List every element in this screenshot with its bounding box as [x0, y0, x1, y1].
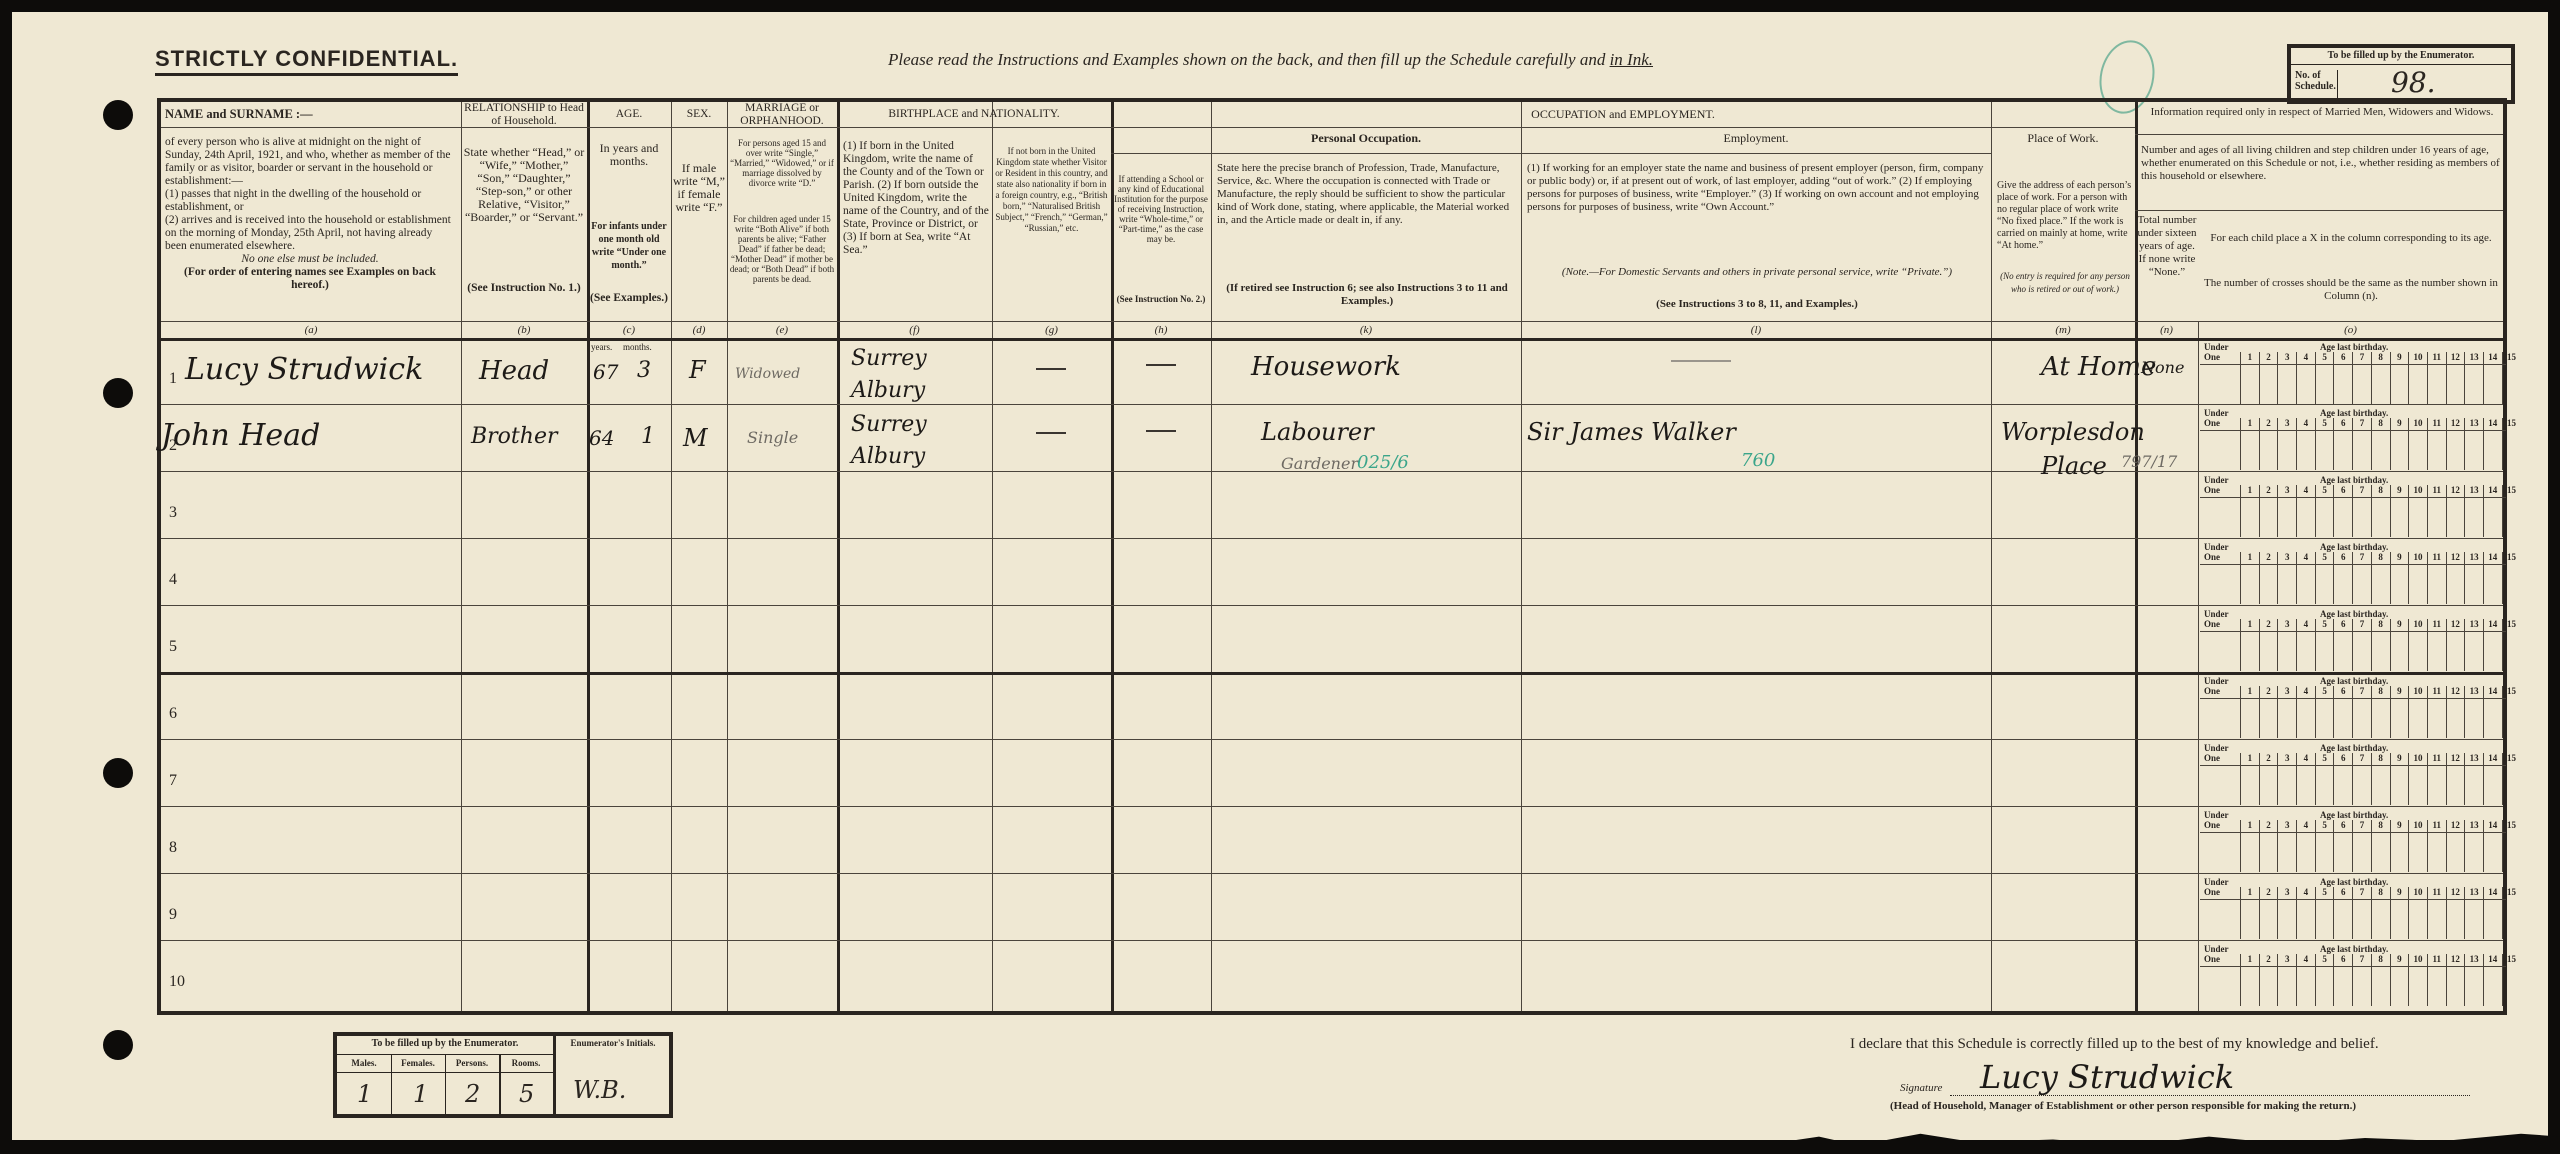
enumerator-initials-label: Enumerator's Initials. [557, 1038, 669, 1048]
col-letter-n: (n) [2135, 324, 2198, 338]
child-age-grid-row-7[interactable]: UnderOneAge last birthday.12345678910111… [2200, 743, 2506, 805]
col-divider [1991, 102, 1992, 1011]
age-column-6[interactable]: 6 [2333, 485, 2352, 537]
row-rule [161, 672, 2503, 675]
row-number: 5 [169, 638, 177, 656]
person-2-place-line2[interactable]: Place [2041, 452, 2107, 480]
age-column-3[interactable]: 3 [2277, 954, 2296, 1006]
age-column-3[interactable]: 3 [2277, 485, 2296, 537]
age-column-1[interactable]: 1 [2240, 954, 2259, 1006]
age-column-10[interactable]: 10 [2408, 820, 2427, 872]
age-column-2[interactable]: 2 [2259, 352, 2278, 404]
age-column-15[interactable]: 15 [2502, 820, 2521, 872]
header-rule [1111, 153, 1991, 154]
age-column-13[interactable]: 13 [2464, 753, 2483, 805]
age-column-7[interactable]: 7 [2352, 820, 2371, 872]
age-column-10[interactable]: 10 [2408, 686, 2427, 738]
census-form-table: NAME and SURNAME :— of every person who … [157, 98, 2507, 1015]
age-column-13[interactable]: 13 [2464, 954, 2483, 1006]
person-1-occupation[interactable]: Housework [1251, 352, 1401, 382]
row-number: 4 [169, 571, 177, 589]
age-column-12[interactable]: 12 [2446, 418, 2465, 470]
age-column-12[interactable]: 12 [2446, 552, 2465, 604]
age-column-3[interactable]: 3 [2277, 887, 2296, 939]
col-letter-d: (d) [671, 324, 727, 338]
age-column-11[interactable]: 11 [2427, 753, 2446, 805]
age-column-6[interactable]: 6 [2333, 686, 2352, 738]
col-o-body2: The number of crosses should be the same… [2201, 277, 2501, 303]
person-1-birth-county[interactable]: Surrey [851, 346, 927, 371]
instructions-ink: in Ink. [1610, 50, 1653, 69]
age-columns: 123456789101112131415 [2240, 954, 2520, 1006]
col-e-body: For persons aged 15 and over write “Sing… [729, 138, 835, 188]
child-age-grid-row-6[interactable]: UnderOneAge last birthday.12345678910111… [2200, 676, 2506, 738]
col-h-body: If attending a School or any kind of Edu… [1113, 174, 1209, 244]
persons-label: Persons. [445, 1058, 499, 1068]
child-age-grid-row-4[interactable]: UnderOneAge last birthday.12345678910111… [2200, 542, 2506, 604]
rooms-label: Rooms. [499, 1058, 553, 1068]
age-column-15[interactable]: 15 [2502, 485, 2521, 537]
col-letter-k: (k) [1211, 324, 1521, 338]
children-info-title: Information required only in respect of … [2137, 106, 2507, 119]
schedule-number-value[interactable]: 98. [2391, 66, 2436, 99]
row-number: 8 [169, 839, 177, 857]
person-2-employer[interactable]: Sir James Walker [1527, 418, 1736, 446]
age-column-8[interactable]: 8 [2371, 820, 2390, 872]
age-column-12[interactable]: 12 [2446, 887, 2465, 939]
binder-hole [103, 1030, 133, 1060]
person-2-age-months[interactable]: 1 [641, 424, 655, 449]
col-m-note: (No entry is required for any person who… [1997, 270, 2133, 296]
age-column-11[interactable]: 11 [2427, 686, 2446, 738]
age-column-15[interactable]: 15 [2502, 686, 2521, 738]
col-l-title: Employment. [1523, 132, 1989, 145]
age-column-8[interactable]: 8 [2371, 552, 2390, 604]
under-one-label: UnderOne [2204, 609, 2229, 629]
age-column-6[interactable]: 6 [2333, 820, 2352, 872]
age-column-8[interactable]: 8 [2371, 619, 2390, 671]
col-letter-g: (g) [992, 324, 1111, 338]
rooms-value[interactable]: 5 [519, 1080, 534, 1108]
col-k-see: (If retired see Instruction 6; see also … [1217, 282, 1517, 308]
schedule-number-box: To be filled up by the Enumerator. No. o… [2287, 44, 2515, 104]
age-column-1[interactable]: 1 [2240, 418, 2259, 470]
col-a-body: of every person who is alive at midnight… [165, 136, 455, 188]
enumerator-summary-box: To be filled up by the Enumerator. Enume… [333, 1032, 673, 1118]
col-o-body: For each child place a X in the column c… [2201, 232, 2501, 245]
age-column-5[interactable]: 5 [2315, 686, 2334, 738]
age-column-12[interactable]: 12 [2446, 485, 2465, 537]
col-divider [837, 102, 840, 1011]
age-column-14[interactable]: 14 [2483, 887, 2502, 939]
col-b-title: RELATIONSHIP to Head of Household. [463, 102, 585, 128]
age-column-8[interactable]: 8 [2371, 954, 2390, 1006]
age-column-14[interactable]: 14 [2483, 485, 2502, 537]
row-number: 9 [169, 906, 177, 924]
age-column-5[interactable]: 5 [2315, 352, 2334, 404]
age-column-12[interactable]: 12 [2446, 753, 2465, 805]
age-columns: 123456789101112131415 [2240, 753, 2520, 805]
age-column-2[interactable]: 2 [2259, 753, 2278, 805]
person-2-marriage[interactable]: Single [747, 428, 798, 447]
age-column-15[interactable]: 15 [2502, 753, 2521, 805]
enumerator-heading: To be filled up by the Enumerator. [337, 1038, 553, 1049]
age-column-2[interactable]: 2 [2259, 619, 2278, 671]
age-column-11[interactable]: 11 [2427, 887, 2446, 939]
person-2-occupation-code: 025/6 [1357, 452, 1409, 473]
child-age-grid-row-3[interactable]: UnderOneAge last birthday.12345678910111… [2200, 475, 2506, 537]
age-column-5[interactable]: 5 [2315, 485, 2334, 537]
age-column-1[interactable]: 1 [2240, 820, 2259, 872]
age-column-9[interactable]: 9 [2390, 753, 2409, 805]
under-one-label: UnderOne [2204, 743, 2229, 763]
age-column-11[interactable]: 11 [2427, 485, 2446, 537]
person-2-place-of-work[interactable]: Worplesdon [2001, 418, 2145, 446]
row-rule [161, 739, 2503, 740]
col-c-see: (See Examples.) [589, 292, 669, 305]
person-1-birth-parish[interactable]: Albury [851, 378, 925, 403]
age-column-12[interactable]: 12 [2446, 352, 2465, 404]
age-column-14[interactable]: 14 [2483, 552, 2502, 604]
age-column-7[interactable]: 7 [2352, 686, 2371, 738]
age-column-10[interactable]: 10 [2408, 418, 2427, 470]
age-column-13[interactable]: 13 [2464, 686, 2483, 738]
birthplace-title: BIRTHPLACE and NATIONALITY. [839, 108, 1109, 121]
age-last-birthday-label: Age last birthday. [2320, 609, 2388, 619]
col-a-item1: (1) passes that night in the dwelling of… [165, 188, 455, 214]
age-column-1[interactable]: 1 [2240, 352, 2259, 404]
age-last-birthday-label: Age last birthday. [2320, 408, 2388, 418]
males-value[interactable]: 1 [357, 1080, 372, 1108]
signature-value[interactable]: Lucy Strudwick [1980, 1058, 2234, 1096]
col-h-see: (See Instruction No. 2.) [1113, 294, 1209, 304]
col-l-body: (1) If working for an employer state the… [1527, 162, 1987, 214]
age-column-15[interactable]: 15 [2502, 619, 2521, 671]
child-age-grid-row-9[interactable]: UnderOneAge last birthday.12345678910111… [2200, 877, 2506, 939]
col-m-title: Place of Work. [1993, 132, 2133, 145]
age-column-6[interactable]: 6 [2333, 418, 2352, 470]
age-column-8[interactable]: 8 [2371, 887, 2390, 939]
person-2-place-note: 797/17 [2121, 452, 2177, 471]
age-column-9[interactable]: 9 [2390, 686, 2409, 738]
person-2-name[interactable]: John Head [161, 418, 320, 453]
row-number: 3 [169, 504, 177, 522]
age-column-12[interactable]: 12 [2446, 686, 2465, 738]
instructions-text: Please read the Instructions and Example… [888, 50, 1610, 69]
age-column-10[interactable]: 10 [2408, 552, 2427, 604]
age-column-5[interactable]: 5 [2315, 954, 2334, 1006]
col-c-infants: For infants under one month old write “U… [589, 220, 669, 272]
person-1-name[interactable]: Lucy Strudwick [185, 352, 423, 387]
age-column-2[interactable]: 2 [2259, 887, 2278, 939]
under-one-label: UnderOne [2204, 542, 2229, 562]
age-column-13[interactable]: 13 [2464, 352, 2483, 404]
col-divider [2198, 322, 2199, 1011]
age-column-14[interactable]: 14 [2483, 686, 2502, 738]
age-column-5[interactable]: 5 [2315, 887, 2334, 939]
age-column-9[interactable]: 9 [2390, 352, 2409, 404]
age-column-7[interactable]: 7 [2352, 552, 2371, 604]
col-letter-b: (b) [461, 324, 587, 338]
age-column-11[interactable]: 11 [2427, 552, 2446, 604]
person-2-age-years[interactable]: 64 [589, 426, 614, 450]
col-b-see: (See Instruction No. 1.) [463, 282, 585, 295]
col-l-note: (Note.—For Domestic Servants and others … [1527, 266, 1987, 279]
age-column-10[interactable]: 10 [2408, 352, 2427, 404]
signature-role: (Head of Household, Manager of Establish… [1890, 1100, 2356, 1112]
col-divider [671, 102, 672, 1011]
age-column-11[interactable]: 11 [2427, 418, 2446, 470]
row-rule [161, 605, 2503, 606]
age-column-14[interactable]: 14 [2483, 753, 2502, 805]
age-column-1[interactable]: 1 [2240, 887, 2259, 939]
age-column-8[interactable]: 8 [2371, 418, 2390, 470]
child-age-grid-row-2[interactable]: UnderOneAge last birthday.12345678910111… [2200, 408, 2506, 470]
age-column-5[interactable]: 5 [2315, 820, 2334, 872]
row-rule [161, 538, 2503, 539]
age-column-10[interactable]: 10 [2408, 619, 2427, 671]
age-column-15[interactable]: 15 [2502, 954, 2521, 1006]
col-c-body: In years and months. [589, 142, 669, 168]
col-divider [461, 102, 462, 1011]
person-1-age-years[interactable]: 67 [593, 360, 618, 384]
person-1-children-total[interactable]: None [2141, 358, 2184, 377]
age-column-14[interactable]: 14 [2483, 352, 2502, 404]
age-column-3[interactable]: 3 [2277, 820, 2296, 872]
age-column-9[interactable]: 9 [2390, 619, 2409, 671]
age-column-6[interactable]: 6 [2333, 552, 2352, 604]
binder-hole [103, 100, 133, 130]
age-column-14[interactable]: 14 [2483, 820, 2502, 872]
age-column-3[interactable]: 3 [2277, 352, 2296, 404]
child-age-grid-row-1[interactable]: UnderOneAge last birthday.12345678910111… [2200, 342, 2506, 404]
age-column-5[interactable]: 5 [2315, 552, 2334, 604]
person-2-occupation[interactable]: Labourer [1261, 418, 1374, 446]
col-letter-h: (h) [1111, 324, 1211, 338]
age-column-15[interactable]: 15 [2502, 352, 2521, 404]
col-letter-a: (a) [161, 324, 461, 338]
col-letter-c: (c) [587, 324, 671, 338]
header-rule [161, 338, 2503, 341]
child-age-grid-row-5[interactable]: UnderOneAge last birthday.12345678910111… [2200, 609, 2506, 671]
age-column-4[interactable]: 4 [2296, 485, 2315, 537]
declaration-text: I declare that this Schedule is correctl… [1850, 1036, 2379, 1053]
age-column-9[interactable]: 9 [2390, 820, 2409, 872]
age-last-birthday-label: Age last birthday. [2320, 542, 2388, 552]
age-column-14[interactable]: 14 [2483, 619, 2502, 671]
person-2-birth-county[interactable]: Surrey [851, 412, 927, 437]
age-column-4[interactable]: 4 [2296, 887, 2315, 939]
age-column-12[interactable]: 12 [2446, 820, 2465, 872]
age-column-7[interactable]: 7 [2352, 753, 2371, 805]
age-column-1[interactable]: 1 [2240, 753, 2259, 805]
row-number: 6 [169, 705, 177, 723]
person-1-marriage[interactable]: Widowed [735, 366, 800, 382]
col-n-body: Total number under sixteen years of age.… [2137, 214, 2197, 279]
person-1-relationship[interactable]: Head [479, 356, 549, 386]
age-column-13[interactable]: 13 [2464, 485, 2483, 537]
age-column-9[interactable]: 9 [2390, 485, 2409, 537]
age-column-4[interactable]: 4 [2296, 686, 2315, 738]
col-g-body: If not born in the United Kingdom state … [994, 146, 1109, 234]
fill-instructions: Please read the Instructions and Example… [888, 50, 1653, 70]
row-number: 1 [169, 370, 177, 388]
age-last-birthday-label: Age last birthday. [2320, 475, 2388, 485]
header-rule [161, 127, 2135, 128]
under-one-label: UnderOne [2204, 877, 2229, 897]
age-column-3[interactable]: 3 [2277, 686, 2296, 738]
age-column-8[interactable]: 8 [2371, 753, 2390, 805]
age-column-7[interactable]: 7 [2352, 619, 2371, 671]
col-a-item2: (2) arrives and is received into the hou… [165, 214, 455, 253]
children-info-subtitle: Number and ages of all living children a… [2141, 144, 2503, 183]
age-column-13[interactable]: 13 [2464, 820, 2483, 872]
col-letter-f: (f) [837, 324, 992, 338]
person-1-sex[interactable]: F [689, 356, 706, 384]
age-columns: 123456789101112131415 [2240, 552, 2520, 604]
col-c-title: AGE. [589, 108, 669, 121]
person-1-nationality-dash [1036, 368, 1066, 370]
age-column-13[interactable]: 13 [2464, 552, 2483, 604]
age-column-5[interactable]: 5 [2315, 619, 2334, 671]
person-2-birth-parish[interactable]: Albury [851, 444, 925, 469]
schedule-box-heading: To be filled up by the Enumerator. [2291, 48, 2511, 65]
persons-value[interactable]: 2 [465, 1080, 480, 1108]
age-column-7[interactable]: 7 [2352, 418, 2371, 470]
age-column-4[interactable]: 4 [2296, 820, 2315, 872]
under-one-label: UnderOne [2204, 342, 2229, 362]
age-column-5[interactable]: 5 [2315, 753, 2334, 805]
age-column-1[interactable]: 1 [2240, 552, 2259, 604]
age-column-7[interactable]: 7 [2352, 887, 2371, 939]
age-column-13[interactable]: 13 [2464, 887, 2483, 939]
age-column-12[interactable]: 12 [2446, 954, 2465, 1006]
age-column-1[interactable]: 1 [2240, 619, 2259, 671]
age-months-subheader: months. [623, 342, 652, 352]
scan-border-bottom [0, 1140, 2560, 1154]
age-column-3[interactable]: 3 [2277, 753, 2296, 805]
age-column-4[interactable]: 4 [2296, 552, 2315, 604]
age-column-10[interactable]: 10 [2408, 485, 2427, 537]
person-1-school-dash [1146, 364, 1176, 366]
col-d-title: SEX. [673, 108, 725, 121]
person-2-sex[interactable]: M [683, 424, 708, 452]
age-column-6[interactable]: 6 [2333, 352, 2352, 404]
age-column-11[interactable]: 11 [2427, 954, 2446, 1006]
age-column-6[interactable]: 6 [2333, 887, 2352, 939]
col-a-note: No one else must be included. [165, 253, 455, 266]
age-column-4[interactable]: 4 [2296, 418, 2315, 470]
age-column-2[interactable]: 2 [2259, 954, 2278, 1006]
age-last-birthday-label: Age last birthday. [2320, 676, 2388, 686]
col-k-body: State here the precise branch of Profess… [1217, 162, 1517, 227]
age-column-3[interactable]: 3 [2277, 619, 2296, 671]
age-columns: 123456789101112131415 [2240, 887, 2520, 939]
age-column-2[interactable]: 2 [2259, 485, 2278, 537]
col-divider [1211, 102, 1212, 1011]
age-column-14[interactable]: 14 [2483, 418, 2502, 470]
age-column-11[interactable]: 11 [2427, 820, 2446, 872]
age-column-8[interactable]: 8 [2371, 485, 2390, 537]
age-column-4[interactable]: 4 [2296, 753, 2315, 805]
age-column-2[interactable]: 2 [2259, 552, 2278, 604]
person-1-age-months[interactable]: 3 [637, 358, 651, 383]
age-column-6[interactable]: 6 [2333, 954, 2352, 1006]
row-rule [161, 940, 2503, 941]
age-column-15[interactable]: 15 [2502, 552, 2521, 604]
col-d-body: If male write “M,” if female write “F.” [673, 162, 725, 214]
age-column-10[interactable]: 10 [2408, 753, 2427, 805]
col-letter-o: (o) [2198, 324, 2503, 338]
person-2-relationship[interactable]: Brother [471, 424, 557, 449]
males-label: Males. [337, 1058, 391, 1068]
age-column-13[interactable]: 13 [2464, 619, 2483, 671]
age-column-2[interactable]: 2 [2259, 820, 2278, 872]
age-column-8[interactable]: 8 [2371, 686, 2390, 738]
age-column-6[interactable]: 6 [2333, 753, 2352, 805]
col-f-body: (1) If born in the United Kingdom, write… [843, 140, 989, 257]
schedule-box-label: No. of Schedule. [2295, 70, 2338, 100]
age-column-4[interactable]: 4 [2296, 954, 2315, 1006]
age-column-1[interactable]: 1 [2240, 485, 2259, 537]
age-column-7[interactable]: 7 [2352, 485, 2371, 537]
age-column-3[interactable]: 3 [2277, 552, 2296, 604]
age-column-11[interactable]: 11 [2427, 619, 2446, 671]
age-column-10[interactable]: 10 [2408, 887, 2427, 939]
header-rule [2135, 210, 2503, 211]
person-1-place-of-work[interactable]: At Home [2041, 352, 2156, 382]
age-columns: 123456789101112131415 [2240, 485, 2520, 537]
age-last-birthday-label: Age last birthday. [2320, 743, 2388, 753]
age-column-9[interactable]: 9 [2390, 552, 2409, 604]
age-column-3[interactable]: 3 [2277, 418, 2296, 470]
age-column-11[interactable]: 11 [2427, 352, 2446, 404]
col-e-title: MARRIAGE or ORPHANHOOD. [729, 102, 835, 128]
age-column-8[interactable]: 8 [2371, 352, 2390, 404]
col-m-body: Give the address of each person’s place … [1997, 180, 2133, 252]
age-column-4[interactable]: 4 [2296, 619, 2315, 671]
age-column-12[interactable]: 12 [2446, 619, 2465, 671]
age-column-10[interactable]: 10 [2408, 954, 2427, 1006]
age-column-9[interactable]: 9 [2390, 954, 2409, 1006]
person-2-nationality-dash [1036, 432, 1066, 434]
age-column-5[interactable]: 5 [2315, 418, 2334, 470]
col-a-order: (For order of entering names see Example… [165, 266, 455, 292]
col-l-see: (See Instructions 3 to 8, 11, and Exampl… [1527, 298, 1987, 311]
age-column-13[interactable]: 13 [2464, 418, 2483, 470]
enumerator-initials-value[interactable]: W.B. [573, 1076, 626, 1104]
under-one-label: UnderOne [2204, 408, 2229, 428]
age-column-1[interactable]: 1 [2240, 686, 2259, 738]
under-one-label: UnderOne [2204, 676, 2229, 696]
age-column-4[interactable]: 4 [2296, 352, 2315, 404]
age-column-2[interactable]: 2 [2259, 418, 2278, 470]
age-column-7[interactable]: 7 [2352, 954, 2371, 1006]
females-value[interactable]: 1 [413, 1080, 428, 1108]
age-column-2[interactable]: 2 [2259, 686, 2278, 738]
child-age-grid-row-8[interactable]: UnderOneAge last birthday.12345678910111… [2200, 810, 2506, 872]
child-age-grid-row-10[interactable]: UnderOneAge last birthday.12345678910111… [2200, 944, 2506, 1006]
age-column-6[interactable]: 6 [2333, 619, 2352, 671]
age-columns: 123456789101112131415 [2240, 352, 2520, 404]
age-column-15[interactable]: 15 [2502, 418, 2521, 470]
age-column-9[interactable]: 9 [2390, 418, 2409, 470]
age-column-9[interactable]: 9 [2390, 887, 2409, 939]
age-column-7[interactable]: 7 [2352, 352, 2371, 404]
age-column-15[interactable]: 15 [2502, 887, 2521, 939]
age-column-14[interactable]: 14 [2483, 954, 2502, 1006]
header-rule [2135, 134, 2503, 135]
